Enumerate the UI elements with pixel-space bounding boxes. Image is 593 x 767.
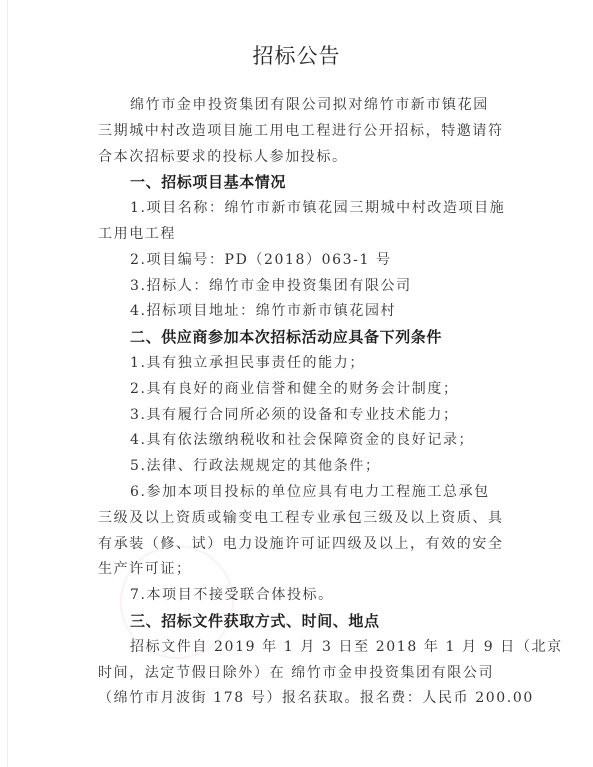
section-heading-3: 三、招标文件获取方式、时间、地点	[98, 609, 518, 635]
section1-line: 工用电工程	[98, 222, 518, 248]
section1-line: 4.招标项目地址：绵竹市新市镇花园村	[98, 299, 518, 325]
section2-line: 3.具有履行合同所必须的设备和专业技术能力；	[98, 403, 518, 429]
section-heading-1: 一、招标项目基本情况	[98, 170, 518, 196]
scan-edge	[7, 0, 8, 767]
intro-line: 三期城中村改造项目施工用电工程进行公开招标，特邀请符	[98, 119, 518, 145]
section1-line: 3.招标人：绵竹市金申投资集团有限公司	[98, 274, 518, 300]
section2-line: 4.具有依法缴纳税收和社会保障资金的良好记录；	[98, 428, 518, 454]
section1-line: 2.项目编号：PD（2018）063-1 号	[98, 248, 518, 274]
intro-line: 合本次招标要求的投标人参加投标。	[98, 145, 518, 171]
section2-line: 5.法律、行政法规规定的其他条件；	[98, 454, 518, 480]
section-heading-2: 二、供应商参加本次招标活动应具备下列条件	[98, 325, 518, 351]
section3-line: 时间，法定节假日除外）在 绵竹市金申投资集团有限公司	[98, 661, 518, 687]
section2-line: 7.本项目不接受联合体投标。	[98, 583, 518, 609]
section3-line: 招标文件自 2019 年 1 月 3 日至 2018 年 1 月 9 日（北京	[98, 635, 518, 661]
section1-line: 1.项目名称：绵竹市新市镇花园三期城中村改造项目施	[98, 196, 518, 222]
section2-line: 2.具有良好的商业信誉和健全的财务会计制度；	[98, 377, 518, 403]
section2-line: 1.具有独立承担民事责任的能力；	[98, 351, 518, 377]
section2-line: 有承装（修、试）电力设施许可证四级及以上，有效的安全	[98, 532, 518, 558]
section2-line: 生产许可证；	[98, 557, 518, 583]
section3-line: （绵竹市月波街 178 号）报名获取。报名费：人民币 200.00	[98, 686, 518, 712]
document-title: 招标公告	[0, 40, 593, 70]
intro-line: 绵竹市金申投资集团有限公司拟对绵竹市新市镇花园	[98, 93, 518, 119]
section2-line: 三级及以上资质或输变电工程专业承包三级及以上资质、具	[98, 506, 518, 532]
document-body: 绵竹市金申投资集团有限公司拟对绵竹市新市镇花园 三期城中村改造项目施工用电工程进…	[98, 93, 518, 712]
section2-line: 6.参加本项目投标的单位应具有电力工程施工总承包	[98, 480, 518, 506]
